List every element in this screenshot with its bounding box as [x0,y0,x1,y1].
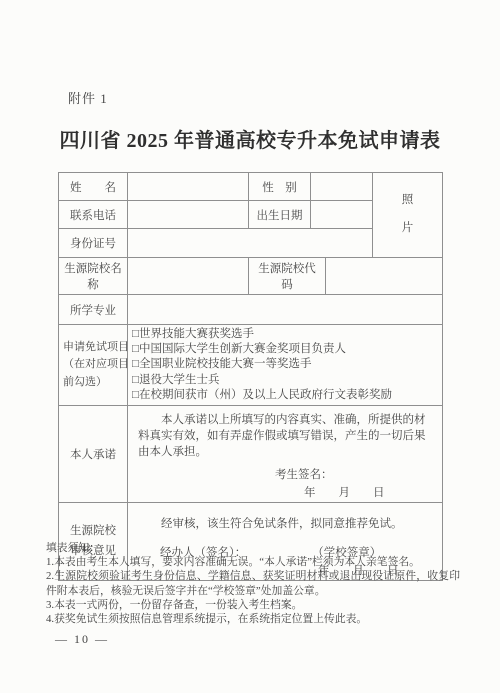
exemption-option: □在校期间获市（州）及以上人民政府行文表彰奖励 [132,388,438,403]
commitment-content-cell: 本人承诺以上所填写的内容真实、准确，所提供的材料真实有效，如有弄虚作假或填写错误… [128,406,443,503]
exemption-option-label: 在校期间获市（州）及以上人民政府行文表彰奖励 [139,389,392,401]
exemption-option-label: 退役大学生士兵 [139,374,220,386]
gender-label: 性 别 [249,173,311,201]
photo-label: 照片 [401,187,414,242]
exemption-option: □全国职业院校技能大赛一等奖选手 [132,357,438,372]
commitment-section-label: 本人承诺 [59,406,128,503]
exemption-option: □退役大学生士兵 [132,373,438,388]
note-item: 3.本表一式两份，一份留存备查，一份装入考生档案。 [46,598,460,612]
phone-label: 联系电话 [59,201,128,229]
review-text: 经审核，该生符合免试条件，拟同意推荐免试。 [132,505,438,532]
birth-date-value-cell [311,201,373,229]
application-form-table: 姓 名 性 别 照片 联系电话 出生日期 身份证号 生源院校名称 生源院校代码 … [58,172,443,581]
name-value-cell [128,173,249,201]
commitment-text: 本人承诺以上所填写的内容真实、准确，所提供的材料真实有效，如有弄虚作假或填写错误… [132,408,438,460]
note-item: 1.本表由考生本人填写，要求内容准确无误。“本人承诺”栏须为本人亲笔签名。 [46,555,460,569]
exemption-option-label: 世界技能大赛获奖选手 [139,328,254,340]
notes-title: 填表须知： [46,541,460,555]
phone-value-cell [128,201,249,229]
school-name-value-cell [128,258,249,295]
note-item: 4.获奖免试生须按照信息管理系统提示，在系统指定位置上传此表。 [46,612,460,626]
id-number-label: 身份证号 [59,229,128,258]
birth-date-label: 出生日期 [249,201,311,229]
page-number: — 10 — [55,632,109,647]
id-number-value-cell [128,229,373,258]
gender-value-cell [311,173,373,201]
checkbox-icon: □ [132,342,139,357]
checkbox-icon: □ [132,388,139,403]
exemption-option-label: 中国国际大学生创新大赛金奖项目负责人 [139,343,346,355]
school-code-label: 生源院校代码 [249,258,326,295]
checkbox-icon: □ [132,373,139,388]
checkbox-icon: □ [132,357,139,372]
exemption-option: □世界技能大赛获奖选手 [132,327,438,342]
major-label: 所学专业 [59,295,128,325]
attachment-label: 附件 1 [68,88,108,107]
major-value-cell [128,295,443,325]
photo-box: 照片 [373,173,443,258]
notes-section: 填表须知： 1.本表由考生本人填写，要求内容准确无误。“本人承诺”栏须为本人亲笔… [46,541,460,626]
note-item: 2.生源院校须验证考生身份信息、学籍信息、获奖证明材料或退出现役证原件，收复印件… [46,569,460,597]
school-name-label: 生源院校名称 [59,258,128,295]
commitment-date-line: 年 月 日 [132,484,438,500]
checkbox-icon: □ [132,327,139,342]
exemption-option: □中国国际大学生创新大赛金奖项目负责人 [132,342,438,357]
exemption-section-label: 申请免试项目（在对应项目前勾选） [59,325,128,406]
name-label: 姓 名 [59,173,128,201]
document-page: 附件 1 四川省 2025 年普通高校专升本免试申请表 姓 名 性 别 照片 联… [0,0,500,693]
school-code-value-cell [326,258,443,295]
candidate-signature-label: 考生签名： [132,466,438,482]
exemption-option-label: 全国职业院校技能大赛一等奖选手 [139,358,312,370]
page-title: 四川省 2025 年普通高校专升本免试申请表 [0,124,500,153]
exemption-options-cell: □世界技能大赛获奖选手 □中国国际大学生创新大赛金奖项目负责人 □全国职业院校技… [128,325,443,406]
